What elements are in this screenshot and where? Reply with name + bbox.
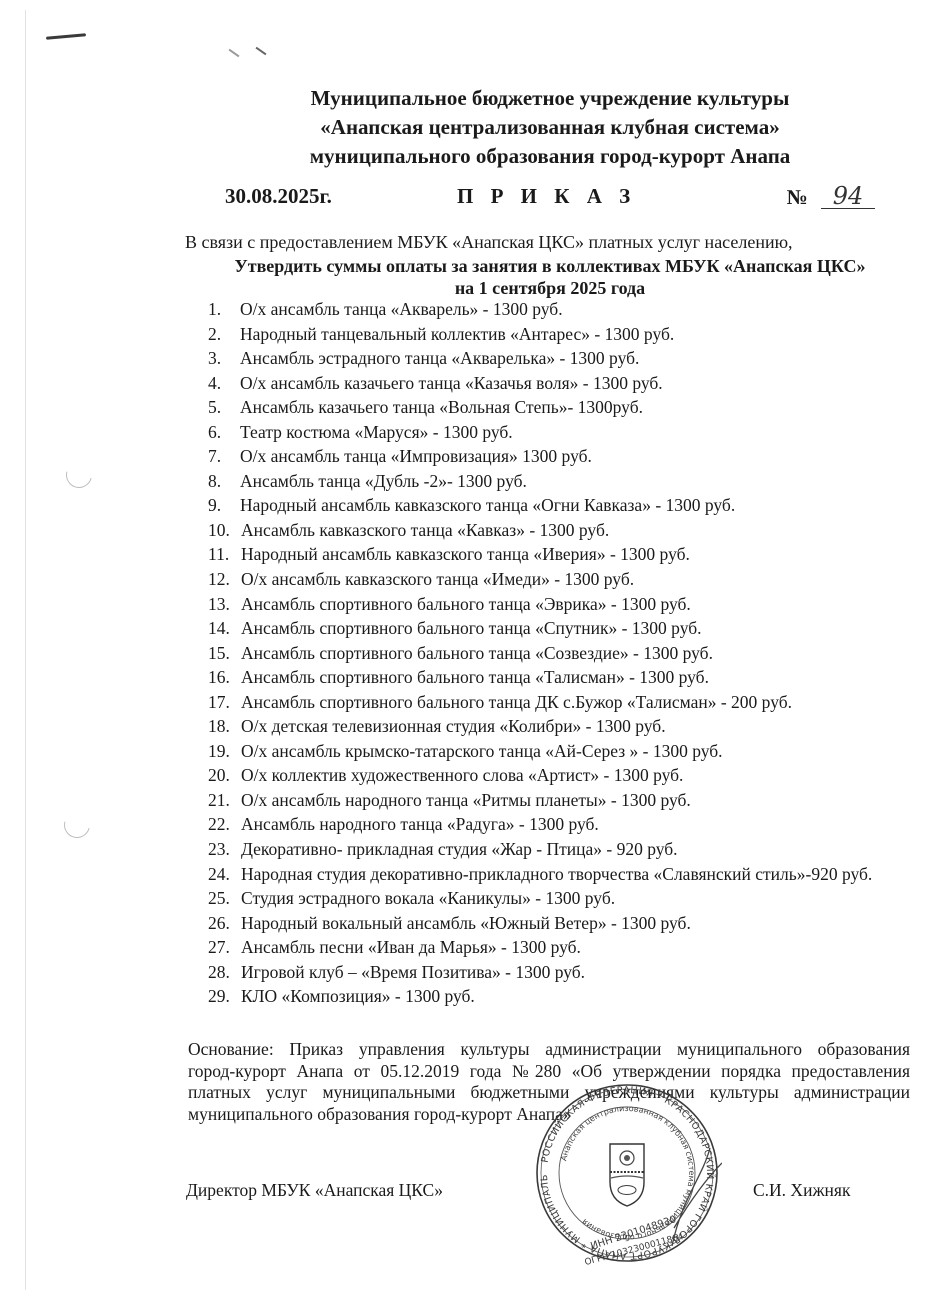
item-number: 14.: [208, 616, 241, 641]
list-item: 28.Игровой клуб – «Время Позитива» - 130…: [208, 960, 928, 985]
item-text: О/х детская телевизионная студия «Колибр…: [241, 714, 666, 739]
item-text: Народный вокальный ансамбль «Южный Ветер…: [241, 911, 691, 936]
list-item: 24.Народная студия декоративно-прикладно…: [208, 862, 928, 887]
item-text: О/х ансамбль кавказского танца «Имеди» -…: [241, 567, 634, 592]
list-item: 6.Театр костюма «Маруся» - 1300 руб.: [208, 420, 928, 445]
directive-line-2: на 1 сентября 2025 года: [190, 277, 910, 299]
item-text: Ансамбль эстрадного танца «Акварелька» -…: [240, 346, 639, 371]
item-number: 4.: [208, 371, 240, 396]
fees-list: 1.О/х ансамбль танца «Акварель» - 1300 р…: [208, 297, 928, 1009]
item-text: Народная студия декоративно-прикладного …: [241, 862, 872, 887]
director-name: С.И. Хижняк: [753, 1180, 850, 1201]
list-item: 16.Ансамбль спортивного бального танца «…: [208, 665, 928, 690]
item-text: Ансамбль танца «Дубль -2»- 1300 руб.: [240, 469, 527, 494]
item-text: Ансамбль народного танца «Радуга» - 1300…: [241, 812, 599, 837]
scan-speck: [229, 49, 240, 58]
item-number: 10.: [208, 518, 241, 543]
item-number: 19.: [208, 739, 241, 764]
list-item: 11.Народный ансамбль кавказского танца «…: [208, 542, 928, 567]
list-item: 23.Декоративно- прикладная студия «Жар -…: [208, 837, 928, 862]
director-title: Директор МБУК «Анапская ЦКС»: [186, 1180, 443, 1201]
number-sign: №: [787, 185, 808, 209]
item-text: Ансамбль спортивного бального танца «Тал…: [241, 665, 709, 690]
list-item: 15.Ансамбль спортивного бального танца «…: [208, 641, 928, 666]
scan-edge-line: [25, 10, 26, 1290]
item-text: О/х ансамбль народного танца «Ритмы план…: [241, 788, 691, 813]
list-item: 2.Народный танцевальный коллектив «Антар…: [208, 322, 928, 347]
list-item: 7.О/х ансамбль танца «Импровизация» 1300…: [208, 444, 928, 469]
list-item: 26.Народный вокальный ансамбль «Южный Ве…: [208, 911, 928, 936]
header-line-2: «Анапская централизованная клубная систе…: [200, 113, 900, 142]
item-text: Игровой клуб – «Время Позитива» - 1300 р…: [241, 960, 585, 985]
list-item: 22.Ансамбль народного танца «Радуга» - 1…: [208, 812, 928, 837]
item-text: О/х коллектив художественного слова «Арт…: [241, 763, 683, 788]
list-item: 12.О/х ансамбль кавказского танца «Имеди…: [208, 567, 928, 592]
item-number: 6.: [208, 420, 240, 445]
item-number: 11.: [208, 542, 241, 567]
item-number: 1.: [208, 297, 240, 322]
order-title: П Р И К А З: [457, 184, 636, 209]
item-number: 9.: [208, 493, 240, 518]
item-number: 17.: [208, 690, 241, 715]
item-number: 5.: [208, 395, 240, 420]
item-number: 3.: [208, 346, 240, 371]
item-text: Народный ансамбль кавказского танца «Огн…: [240, 493, 735, 518]
item-number: 12.: [208, 567, 241, 592]
item-text: Ансамбль спортивного бального танца «Спу…: [241, 616, 702, 641]
list-item: 17.Ансамбль спортивного бального танца Д…: [208, 690, 928, 715]
punch-hole-icon: [59, 807, 95, 843]
item-text: Ансамбль казачьего танца «Вольная Степь»…: [240, 395, 643, 420]
item-number: 2.: [208, 322, 240, 347]
header-line-3: муниципального образования город-курорт …: [200, 142, 900, 171]
item-text: КЛО «Композиция» - 1300 руб.: [241, 984, 475, 1009]
item-text: О/х ансамбль крымско-татарского танца «А…: [241, 739, 723, 764]
item-number: 7.: [208, 444, 240, 469]
list-item: 27.Ансамбль песни «Иван да Марья» - 1300…: [208, 935, 928, 960]
header-line-1: Муниципальное бюджетное учреждение культ…: [200, 84, 900, 113]
order-row: 30.08.2025г. П Р И К А З № 94: [225, 184, 875, 214]
list-item: 10.Ансамбль кавказского танца «Кавказ» -…: [208, 518, 928, 543]
item-text: Ансамбль спортивного бального танца ДК с…: [241, 690, 792, 715]
item-number: 20.: [208, 763, 241, 788]
item-number: 21.: [208, 788, 241, 813]
item-text: Ансамбль кавказского танца «Кавказ» - 13…: [241, 518, 609, 543]
item-number: 28.: [208, 960, 241, 985]
list-item: 25.Студия эстрадного вокала «Каникулы» -…: [208, 886, 928, 911]
pen-mark: [46, 33, 86, 39]
directive-line-1: Утвердить суммы оплаты за занятия в колл…: [190, 255, 910, 277]
item-number: 8.: [208, 469, 240, 494]
item-text: Декоративно- прикладная студия «Жар - Пт…: [241, 837, 678, 862]
handwritten-order-number: 94: [821, 184, 875, 209]
item-text: Народный танцевальный коллектив «Антарес…: [240, 322, 674, 347]
order-number: № 94: [787, 184, 875, 210]
list-item: 19.О/х ансамбль крымско-татарского танца…: [208, 739, 928, 764]
item-text: Ансамбль спортивного бального танца «Соз…: [241, 641, 713, 666]
item-number: 25.: [208, 886, 241, 911]
item-number: 29.: [208, 984, 241, 1009]
list-item: 21.О/х ансамбль народного танца «Ритмы п…: [208, 788, 928, 813]
item-text: Народный ансамбль кавказского танца «Иве…: [241, 542, 690, 567]
punch-hole-icon: [61, 457, 97, 493]
list-item: 5.Ансамбль казачьего танца «Вольная Степ…: [208, 395, 928, 420]
item-number: 15.: [208, 641, 241, 666]
list-item: 20.О/х коллектив художественного слова «…: [208, 763, 928, 788]
list-item: 1.О/х ансамбль танца «Акварель» - 1300 р…: [208, 297, 928, 322]
item-text: О/х ансамбль казачьего танца «Казачья во…: [240, 371, 663, 396]
official-stamp-icon: РОССИЙСКАЯ ФЕДЕРАЦИЯ * КРАСНОДАРСКИЙ КРА…: [532, 1078, 722, 1268]
item-text: Ансамбль песни «Иван да Марья» - 1300 ру…: [241, 935, 581, 960]
list-item: 29.КЛО «Композиция» - 1300 руб.: [208, 984, 928, 1009]
item-number: 23.: [208, 837, 241, 862]
item-number: 27.: [208, 935, 241, 960]
list-item: 9.Народный ансамбль кавказского танца «О…: [208, 493, 928, 518]
basis-line-1: Основание: Приказ управления культуры ад…: [188, 1039, 910, 1061]
item-number: 13.: [208, 592, 241, 617]
item-text: Театр костюма «Маруся» - 1300 руб.: [240, 420, 513, 445]
item-text: О/х ансамбль танца «Импровизация» 1300 р…: [240, 444, 592, 469]
list-item: 4.О/х ансамбль казачьего танца «Казачья …: [208, 371, 928, 396]
directive-heading: Утвердить суммы оплаты за занятия в колл…: [190, 255, 910, 299]
organization-header: Муниципальное бюджетное учреждение культ…: [200, 84, 900, 171]
list-item: 18.О/х детская телевизионная студия «Кол…: [208, 714, 928, 739]
list-item: 8.Ансамбль танца «Дубль -2»- 1300 руб.: [208, 469, 928, 494]
list-item: 14.Ансамбль спортивного бального танца «…: [208, 616, 928, 641]
item-number: 18.: [208, 714, 241, 739]
list-item: 3.Ансамбль эстрадного танца «Акварелька»…: [208, 346, 928, 371]
list-item: 13.Ансамбль спортивного бального танца «…: [208, 592, 928, 617]
item-number: 22.: [208, 812, 241, 837]
scan-speck: [256, 47, 267, 56]
order-date: 30.08.2025г.: [225, 184, 332, 209]
intro-text: В связи с предоставлением МБУК «Анапская…: [185, 232, 793, 253]
item-number: 16.: [208, 665, 241, 690]
item-text: Студия эстрадного вокала «Каникулы» - 13…: [241, 886, 615, 911]
item-text: Ансамбль спортивного бального танца «Эвр…: [241, 592, 691, 617]
document-page: Муниципальное бюджетное учреждение культ…: [0, 0, 945, 1300]
item-number: 26.: [208, 911, 241, 936]
item-number: 24.: [208, 862, 241, 887]
item-text: О/х ансамбль танца «Акварель» - 1300 руб…: [240, 297, 563, 322]
